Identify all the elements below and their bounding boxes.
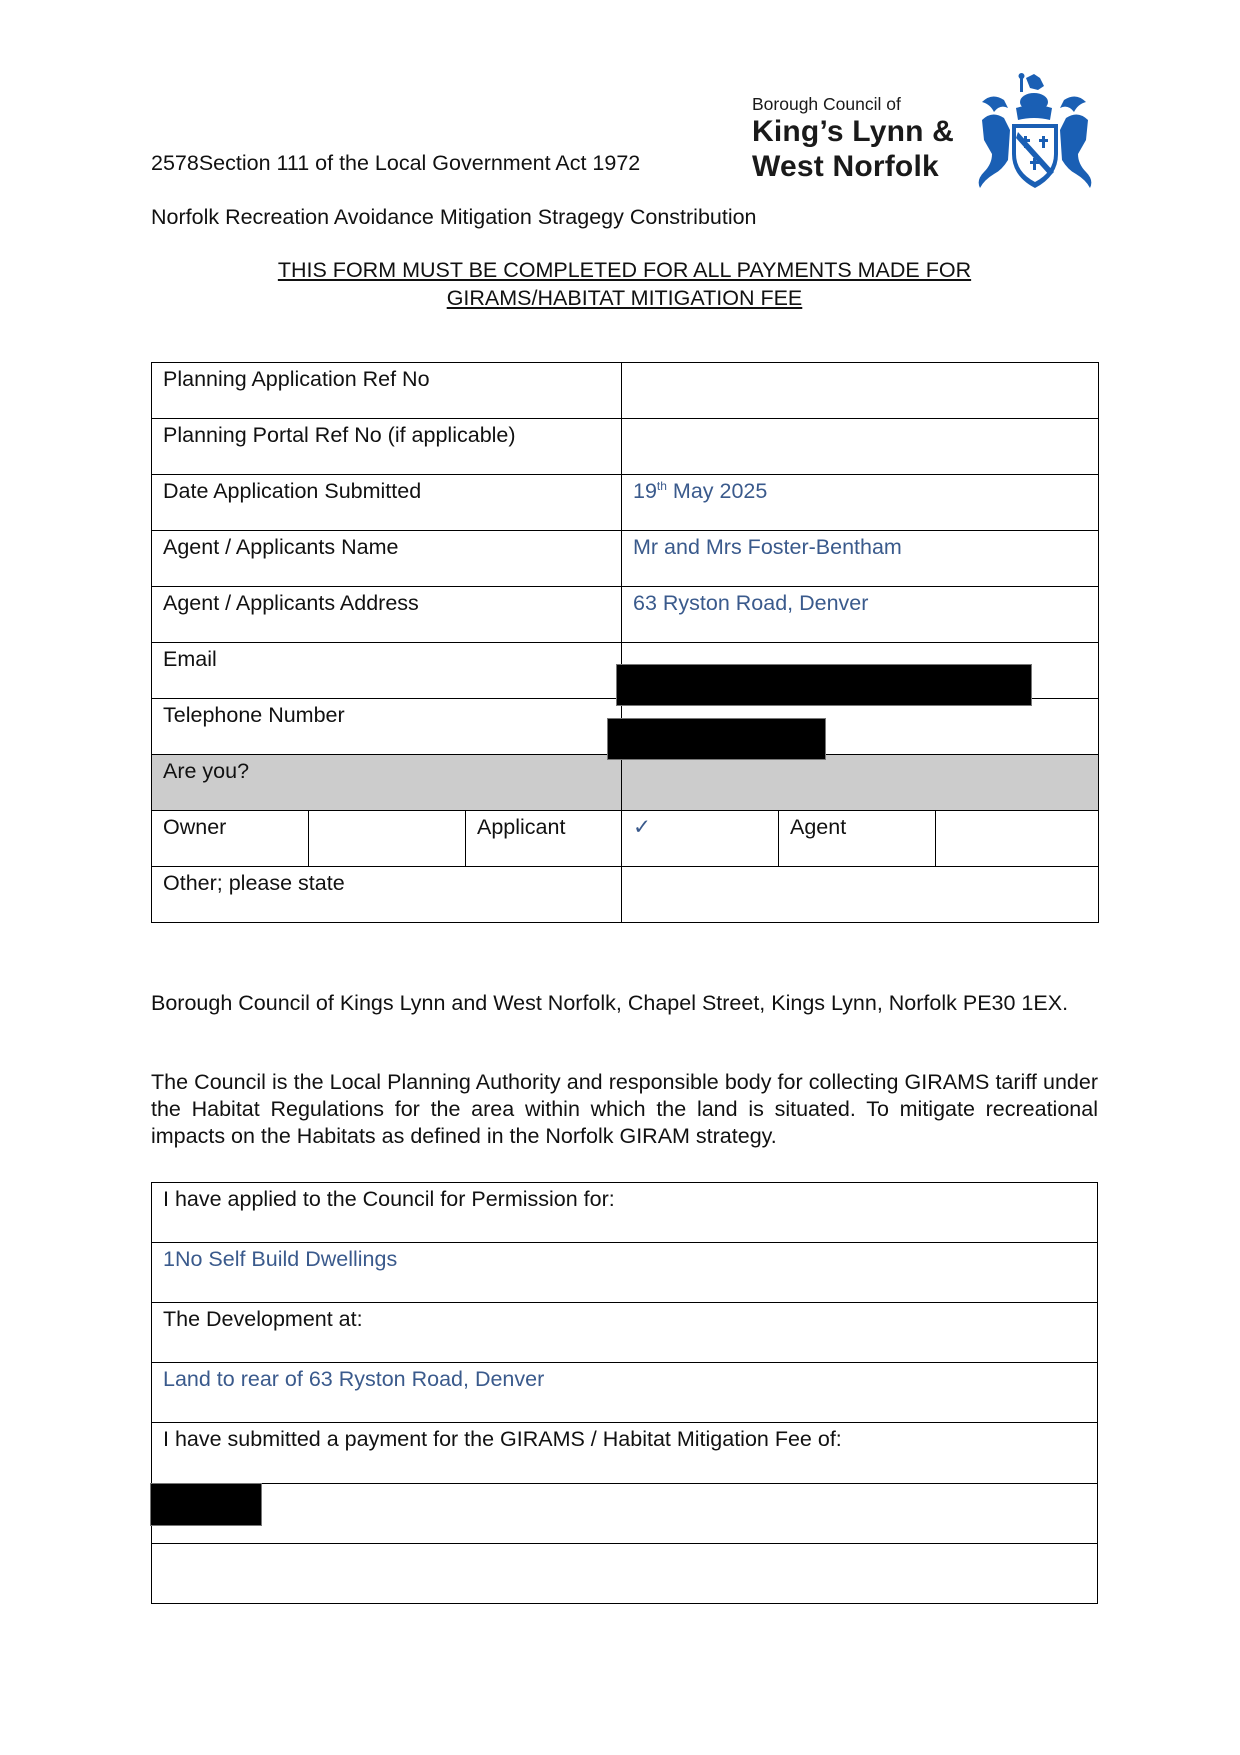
logo-line3: West Norfolk xyxy=(752,149,954,184)
table-row: Agent / Applicants Address 63 Ryston Roa… xyxy=(152,587,1099,643)
form-notice: THIS FORM MUST BE COMPLETED FOR ALL PAYM… xyxy=(151,256,1098,312)
table-row: The Development at: xyxy=(152,1303,1098,1363)
council-logo: Borough Council of King’s Lynn & West No… xyxy=(748,72,1098,192)
planning-ref-field[interactable] xyxy=(622,363,1099,419)
applicant-details-table: Planning Application Ref No Planning Por… xyxy=(151,362,1099,923)
applicant-option-label: Applicant xyxy=(466,811,622,867)
table-row xyxy=(152,1544,1098,1604)
development-field[interactable]: Land to rear of 63 Ryston Road, Denver xyxy=(152,1363,1098,1423)
council-address: Borough Council of Kings Lynn and West N… xyxy=(151,990,1098,1017)
form-notice-line1: THIS FORM MUST BE COMPLETED FOR ALL PAYM… xyxy=(151,256,1098,284)
act-reference: 2578Section 111 of the Local Government … xyxy=(151,151,640,176)
extra-field[interactable] xyxy=(152,1544,1098,1604)
portal-ref-field[interactable] xyxy=(622,419,1099,475)
telephone-label: Telephone Number xyxy=(152,699,622,755)
council-name: Borough Council of King’s Lynn & West No… xyxy=(752,94,954,184)
applicant-name-field[interactable]: Mr and Mrs Foster-Bentham xyxy=(622,531,1099,587)
applicant-checkbox[interactable]: ✓ xyxy=(622,811,779,867)
form-subtitle: Norfolk Recreation Avoidance Mitigation … xyxy=(151,205,757,230)
other-field[interactable] xyxy=(622,867,1099,923)
portal-ref-label: Planning Portal Ref No (if applicable) xyxy=(152,419,622,475)
date-submitted-label: Date Application Submitted xyxy=(152,475,622,531)
form-notice-line2: GIRAMS/HABITAT MITIGATION FEE xyxy=(151,284,1098,312)
email-redaction xyxy=(616,664,1032,706)
date-rest: May 2025 xyxy=(667,479,767,503)
date-suffix: th xyxy=(657,479,667,493)
date-submitted-field[interactable]: 19th May 2025 xyxy=(622,475,1099,531)
coat-of-arms-icon xyxy=(974,72,1096,192)
other-label: Other; please state xyxy=(152,867,622,923)
table-row: Other; please state xyxy=(152,867,1099,923)
are-you-label: Are you? xyxy=(152,755,622,811)
table-row xyxy=(152,1484,1098,1544)
permission-label: I have applied to the Council for Permis… xyxy=(152,1183,1098,1243)
table-row: I have applied to the Council for Permis… xyxy=(152,1183,1098,1243)
are-you-header-blank xyxy=(622,755,1099,811)
permission-field[interactable]: 1No Self Build Dwellings xyxy=(152,1243,1098,1303)
email-label: Email xyxy=(152,643,622,699)
table-row: Date Application Submitted 19th May 2025 xyxy=(152,475,1099,531)
permission-table: I have applied to the Council for Permis… xyxy=(151,1182,1098,1604)
development-label: The Development at: xyxy=(152,1303,1098,1363)
table-row: Planning Portal Ref No (if applicable) xyxy=(152,419,1099,475)
telephone-redaction xyxy=(607,718,826,760)
logo-line1: Borough Council of xyxy=(752,94,954,114)
planning-ref-label: Planning Application Ref No xyxy=(152,363,622,419)
agent-option-label: Agent xyxy=(779,811,936,867)
applicant-address-field[interactable]: 63 Ryston Road, Denver xyxy=(622,587,1099,643)
table-row: Land to rear of 63 Ryston Road, Denver xyxy=(152,1363,1098,1423)
table-row: Owner Applicant ✓ Agent xyxy=(152,811,1099,867)
table-row: 1No Self Build Dwellings xyxy=(152,1243,1098,1303)
check-icon: ✓ xyxy=(633,815,651,839)
table-row: Are you? xyxy=(152,755,1099,811)
table-row: I have submitted a payment for the GIRAM… xyxy=(152,1423,1098,1484)
payment-field[interactable] xyxy=(152,1484,1098,1544)
table-row: Planning Application Ref No xyxy=(152,363,1099,419)
applicant-address-label: Agent / Applicants Address xyxy=(152,587,622,643)
logo-line2: King’s Lynn & xyxy=(752,114,954,149)
table-row: Agent / Applicants Name Mr and Mrs Foste… xyxy=(152,531,1099,587)
payment-redaction xyxy=(150,1483,262,1526)
applicant-name-label: Agent / Applicants Name xyxy=(152,531,622,587)
council-statement: The Council is the Local Planning Author… xyxy=(151,1069,1098,1150)
payment-label: I have submitted a payment for the GIRAM… xyxy=(152,1423,1098,1484)
agent-checkbox[interactable] xyxy=(936,811,1099,867)
owner-checkbox[interactable] xyxy=(309,811,466,867)
owner-label: Owner xyxy=(152,811,309,867)
date-day: 19 xyxy=(633,479,657,503)
